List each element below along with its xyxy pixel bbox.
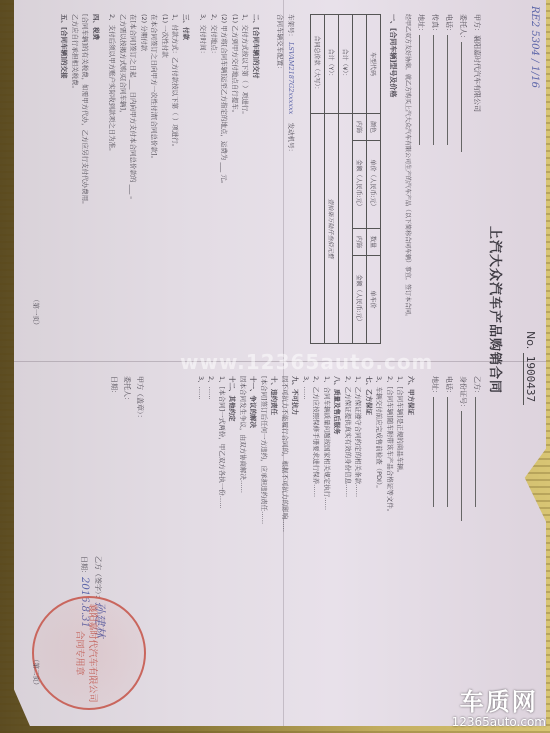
total-cell bbox=[339, 113, 353, 343]
section-2-block: 二、[合同车辆]的交付 1、交付方式按以下第（ ）项进行。 (1) 乙方到甲方交… bbox=[198, 14, 261, 354]
party-b-phone-field bbox=[447, 397, 448, 507]
party-a-name: 襄阳嘉时代汽车有限公司 bbox=[473, 35, 481, 112]
address-field bbox=[419, 35, 420, 145]
fax-field bbox=[433, 35, 434, 145]
party-b-field bbox=[475, 397, 476, 507]
vehicle-price-table: 车型代码 颜色 单价（人民币:元） 数量 单车价 内饰 金额（人民币:元） 内饰… bbox=[310, 14, 381, 344]
section-6-block: 六、甲方保证 1、[合同车辆]是正规的商品车辆。 2、[合同车辆]随车附带该车产… bbox=[196, 376, 417, 706]
contract-number-value: 1900437 bbox=[523, 353, 537, 405]
page-marker: （第二页） bbox=[31, 656, 42, 689]
party-b-block: 乙方： 身份证号： 电话： 地址： bbox=[428, 376, 484, 706]
contract-title: 上汽大众汽车产品购销合同 bbox=[487, 226, 506, 394]
party-b-address-field bbox=[433, 397, 434, 507]
vin-engine-block: 车架号： LSVAM2187G2xxxxxx 发动机号： 合同车辆交车配置： bbox=[275, 14, 296, 354]
party-a-block: 甲方：襄阳嘉时代汽车有限公司 委托人： 电话： 传真： 地址： 经甲乙双方友好协… bbox=[386, 14, 484, 344]
contract-number: No. 1900437 bbox=[524, 331, 537, 405]
page-marker: （第一页） bbox=[31, 296, 42, 329]
logo-url: 12365auto.com bbox=[452, 715, 546, 729]
site-logo: 车质网 12365auto.com bbox=[452, 689, 546, 729]
section-4-block: 四、税费 [合同车辆]的有关税费，如需甲方代办，乙方应另行支付代办费用。 乙方应… bbox=[59, 14, 101, 354]
section-3-block: 三、付款 1、付款方式：乙方付款按以下第（ ）项进行。 (1) 一次性付款 在本… bbox=[107, 14, 191, 354]
id-number-field bbox=[461, 411, 462, 521]
logo-text: 车质网 bbox=[452, 689, 546, 715]
handwritten-note: RE2 5304 / 1/16 bbox=[529, 6, 540, 88]
signature-block: 甲方（盖章）： 委托人： 日期： bbox=[107, 376, 146, 576]
total-handwritten: 壹拾柒万陆仟叁佰元整 bbox=[325, 113, 339, 343]
contract-intro: 经甲乙双方友好协商，就乙方购买上汽大众汽车有限公司生产的汽车产品（以下简称合同车… bbox=[400, 14, 414, 344]
delegate-field bbox=[461, 42, 462, 152]
phone-field bbox=[447, 35, 448, 145]
model-code-cell bbox=[353, 15, 367, 114]
section-1-heading: 一、[合同车辆]型号及价格 bbox=[386, 14, 400, 344]
company-red-seal: 襄阳嘉时代汽车有限公司 合同专用章 bbox=[32, 596, 146, 710]
watermark-url: www.12365auto.com bbox=[180, 350, 433, 374]
